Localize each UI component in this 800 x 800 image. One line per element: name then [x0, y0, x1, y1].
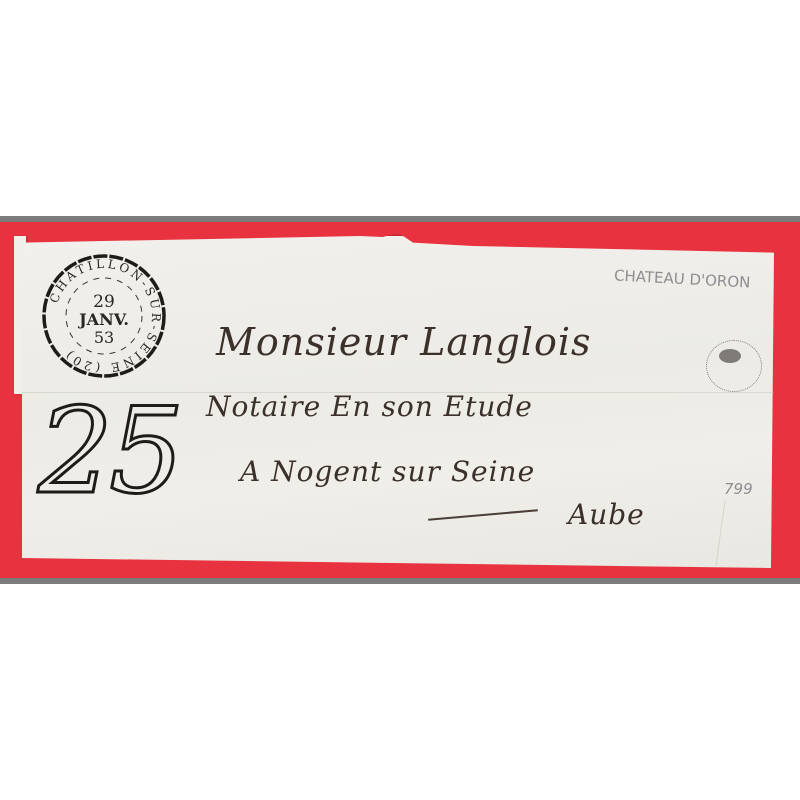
address-line-profession: Notaire En son Etude: [206, 390, 533, 423]
pencil-note-number: 799: [724, 480, 753, 498]
postmark-year: 53: [40, 328, 168, 347]
tax-mark-25: 25: [38, 392, 180, 510]
address-line-department: Aube: [568, 498, 645, 531]
postmark-day: 29: [40, 292, 168, 312]
address-line-recipient: Monsieur Langlois: [216, 320, 592, 364]
postmark-month: JANV.: [40, 310, 168, 329]
faint-backstamp: [706, 340, 762, 392]
bottom-gray-band: [0, 578, 800, 584]
circular-date-stamp: CHATILLON-SUR-SEINE (20) 29 JANV. 53: [40, 252, 168, 380]
address-line-town: A Nogent sur Seine: [240, 455, 535, 488]
